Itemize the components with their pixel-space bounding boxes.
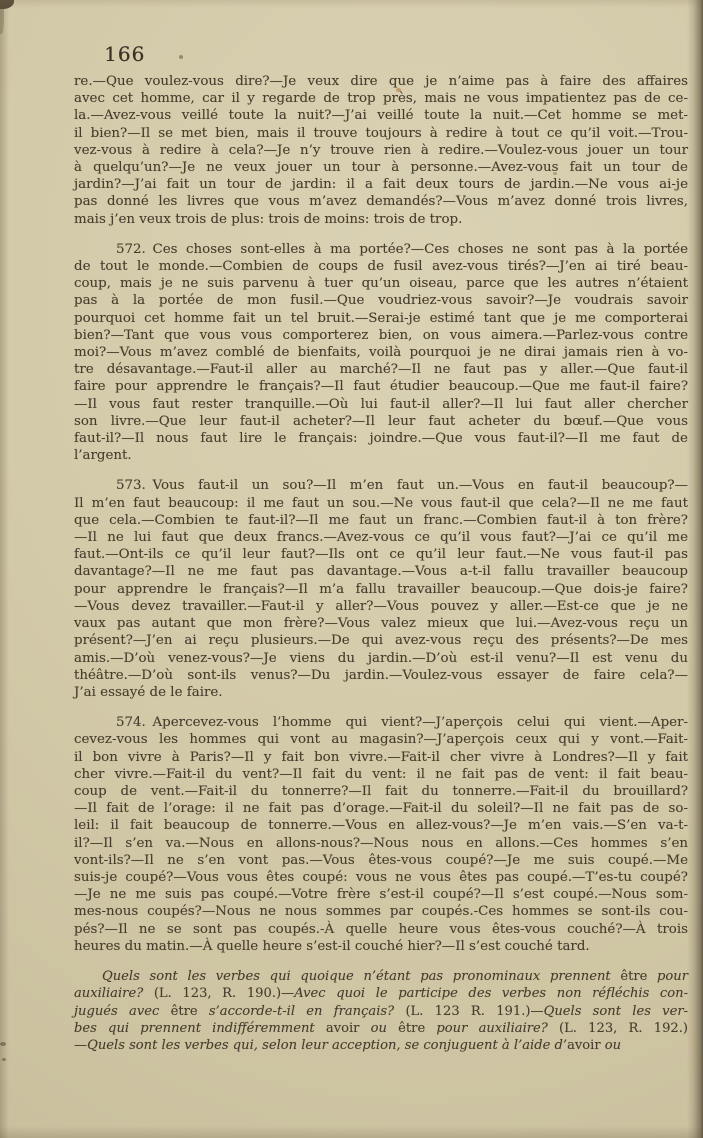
- bottom-edge-shadow: [0, 1126, 703, 1138]
- text-line: il bien?—Il se met bien, mais il trouve …: [74, 125, 688, 142]
- page-number: 166: [104, 42, 145, 66]
- text-line: vez-vous à redire à cela?—Je n’y trouve …: [74, 142, 688, 159]
- text-line: auxiliaire? (L. 123, R. 190.)—Avec quoi …: [74, 985, 688, 1002]
- text-line: —Il vous faut rester tranquille.—Où lui …: [74, 396, 688, 413]
- text-line: que cela.—Combien te faut-il?—Il me faut…: [74, 512, 688, 529]
- text-line: jugués avec être s’accorde-t-il en franç…: [74, 1003, 688, 1020]
- text-line: mais j’en veux trois de plus: trois de m…: [74, 211, 688, 228]
- text-line: jardin?—J’ai fait un tour de jardin: il …: [74, 176, 688, 193]
- text-line: 574. Apercevez-vous l’homme qui vient?—J…: [74, 714, 688, 731]
- left-edge-shadow: [0, 0, 9, 1138]
- text-line: à quelqu’un?—Je ne veux jouer un tour à …: [74, 159, 688, 176]
- roman-text-segment: (L. 123 R. 191.): [405, 1004, 530, 1019]
- paragraph-573: 573. Vous faut-il un sou?—Il m’en faut u…: [74, 477, 688, 701]
- text-line: tre désavantage.—Faut-il aller au marché…: [74, 361, 688, 378]
- text-line: 572. Ces choses sont-elles à ma portée?—…: [74, 241, 688, 258]
- text-line: pourquoi cet homme fait un tel bruit.—Se…: [74, 310, 688, 327]
- text-line: vont-ils?—Il ne s’en vont pas.—Vous êtes…: [74, 852, 688, 869]
- text-line: suis-je coupé?—Vous vous êtes coupé: vou…: [74, 869, 688, 886]
- text-line: l’argent.: [74, 447, 688, 464]
- text-line: bien?—Tant que vous vous comporterez bie…: [74, 327, 688, 344]
- text-line: cher vivre.—Fait-il du vent?—Il fait du …: [74, 766, 688, 783]
- text-line: J’ai essayé de le faire.: [74, 684, 688, 701]
- italic-text-segment: —Quels sont les ver-: [531, 1004, 689, 1019]
- italic-text-segment: —Quels sont les verbes qui, selon leur a…: [74, 1038, 567, 1053]
- text-line: vaux pas autant que mon frère?—Vous vale…: [74, 615, 688, 632]
- edge-speck: [0, 1042, 6, 1046]
- text-line: pour apprendre le français?—Il m’a fallu…: [74, 581, 688, 598]
- text-line: théâtre.—D’où sont-ils venus?—Du jardin.…: [74, 667, 688, 684]
- paragraph-574: 574. Apercevez-vous l’homme qui vient?—J…: [74, 714, 688, 955]
- text-line: coup, mais je ne suis parvenu à tuer qu’…: [74, 275, 688, 292]
- text-line: moi?—Vous m’avez comblé de bienfaits, vo…: [74, 344, 688, 361]
- text-line: —Je ne me suis pas coupé.—Votre frère s’…: [74, 886, 688, 903]
- text-line: la.—Avez-vous veillé toute la nuit?—J’ai…: [74, 107, 688, 124]
- text-line: mes-nous coupés?—Nous ne nous sommes par…: [74, 903, 688, 920]
- text-line: —Il fait de l’orage: il ne fait pas d’or…: [74, 800, 688, 817]
- italic-text-segment: bes qui prennent indifféremment: [74, 1021, 326, 1036]
- text-line: bes qui prennent indifféremment avoir ou…: [74, 1020, 688, 1037]
- text-line: présent?—J’en ai reçu plusieurs.—De qui …: [74, 632, 688, 649]
- text-line: Il m’en faut beaucoup: il me faut un sou…: [74, 495, 688, 512]
- text-line: de tout le monde.—Combien de coups de fu…: [74, 258, 688, 275]
- text-line: pés?—Il ne se sont pas coupés.-À quelle …: [74, 921, 688, 938]
- text-line: cevez-vous les hommes qui vont au magasi…: [74, 731, 688, 748]
- text-block: re.—Que voulez-vous dire?—Je veux dire q…: [74, 73, 688, 1054]
- roman-text-segment: être: [398, 1021, 425, 1036]
- text-line: il bon vivre à Paris?—Il y fait bon vivr…: [74, 749, 688, 766]
- text-line: faut-il?—Il nous faut lire le français: …: [74, 430, 688, 447]
- roman-text-segment: (L. 123, R. 190.): [154, 986, 281, 1001]
- right-edge-shadow: [687, 0, 703, 1138]
- text-line: heures du matin.—À quelle heure s’est-il…: [74, 938, 688, 955]
- italic-text-segment: ou: [359, 1021, 398, 1036]
- text-line: avec cet homme, car il y regarde de trop…: [74, 90, 688, 107]
- text-line: re.—Que voulez-vous dire?—Je veux dire q…: [74, 73, 688, 90]
- roman-text-segment: avoir: [567, 1038, 601, 1053]
- italic-text-segment: s’accorde-t-il en français?: [198, 1004, 406, 1019]
- text-line: leil: il fait beaucoup de tonnerre.—Vous…: [74, 817, 688, 834]
- text-line: faire pour apprendre le français?—Il fau…: [74, 378, 688, 395]
- text-line: davantage?—Il ne me faut pas davantage.—…: [74, 563, 688, 580]
- paragraph-footer-questions: Quels sont les verbes qui quoique n’étan…: [74, 968, 688, 1054]
- italic-text-segment: ou: [601, 1038, 621, 1053]
- text-line: —Quels sont les verbes qui, selon leur a…: [74, 1037, 688, 1054]
- text-line: —Vous devez travailler.—Faut-il y aller?…: [74, 598, 688, 615]
- text-line: faut.—Ont-ils ce qu’il leur faut?—Ils on…: [74, 546, 688, 563]
- roman-text-segment: avoir: [326, 1021, 360, 1036]
- text-line: 573. Vous faut-il un sou?—Il m’en faut u…: [74, 477, 688, 494]
- paragraph-572: 572. Ces choses sont-elles à ma portée?—…: [74, 241, 688, 465]
- italic-text-segment: auxiliaire?: [74, 986, 154, 1001]
- text-line: —Il ne lui faut que deux francs.—Avez-vo…: [74, 529, 688, 546]
- paper-speck: [179, 55, 183, 59]
- top-edge-shadow: [0, 0, 703, 8]
- text-line: Quels sont les verbes qui quoique n’étan…: [74, 968, 688, 985]
- roman-text-segment: être: [620, 969, 647, 984]
- text-line: il?—Il s’en va.—Nous en allons-nous?—Nou…: [74, 835, 688, 852]
- corner-smudge-stain: [0, 0, 14, 9]
- corner-streak-stain: [0, 8, 4, 34]
- text-line: coup de vent.—Fait-il du tonnerre?—Il fa…: [74, 783, 688, 800]
- edge-speck: [2, 1058, 6, 1061]
- text-line: pas donné les livres que vous m’avez dem…: [74, 193, 688, 210]
- text-line: pas à la portée de mon fusil.—Que voudri…: [74, 292, 688, 309]
- text-line: amis.—D’où venez-vous?—Je viens du jardi…: [74, 650, 688, 667]
- roman-text-segment: être: [171, 1004, 198, 1019]
- italic-text-segment: jugués avec: [74, 1004, 171, 1019]
- italic-text-segment: pour: [647, 969, 688, 984]
- roman-text-segment: (L. 123, R. 192.): [559, 1021, 688, 1036]
- italic-text-segment: —Avec quoi le participe des verbes non r…: [281, 986, 688, 1001]
- scanned-book-page: 166 re.—Que voulez-vous dire?—Je veux di…: [0, 0, 703, 1138]
- paragraph-continuation: re.—Que voulez-vous dire?—Je veux dire q…: [74, 73, 688, 228]
- italic-text-segment: pour auxiliaire?: [425, 1021, 559, 1036]
- italic-text-segment: Quels sont les verbes qui quoique n’étan…: [102, 969, 620, 984]
- text-line: son livre.—Que leur faut-il acheter?—Il …: [74, 413, 688, 430]
